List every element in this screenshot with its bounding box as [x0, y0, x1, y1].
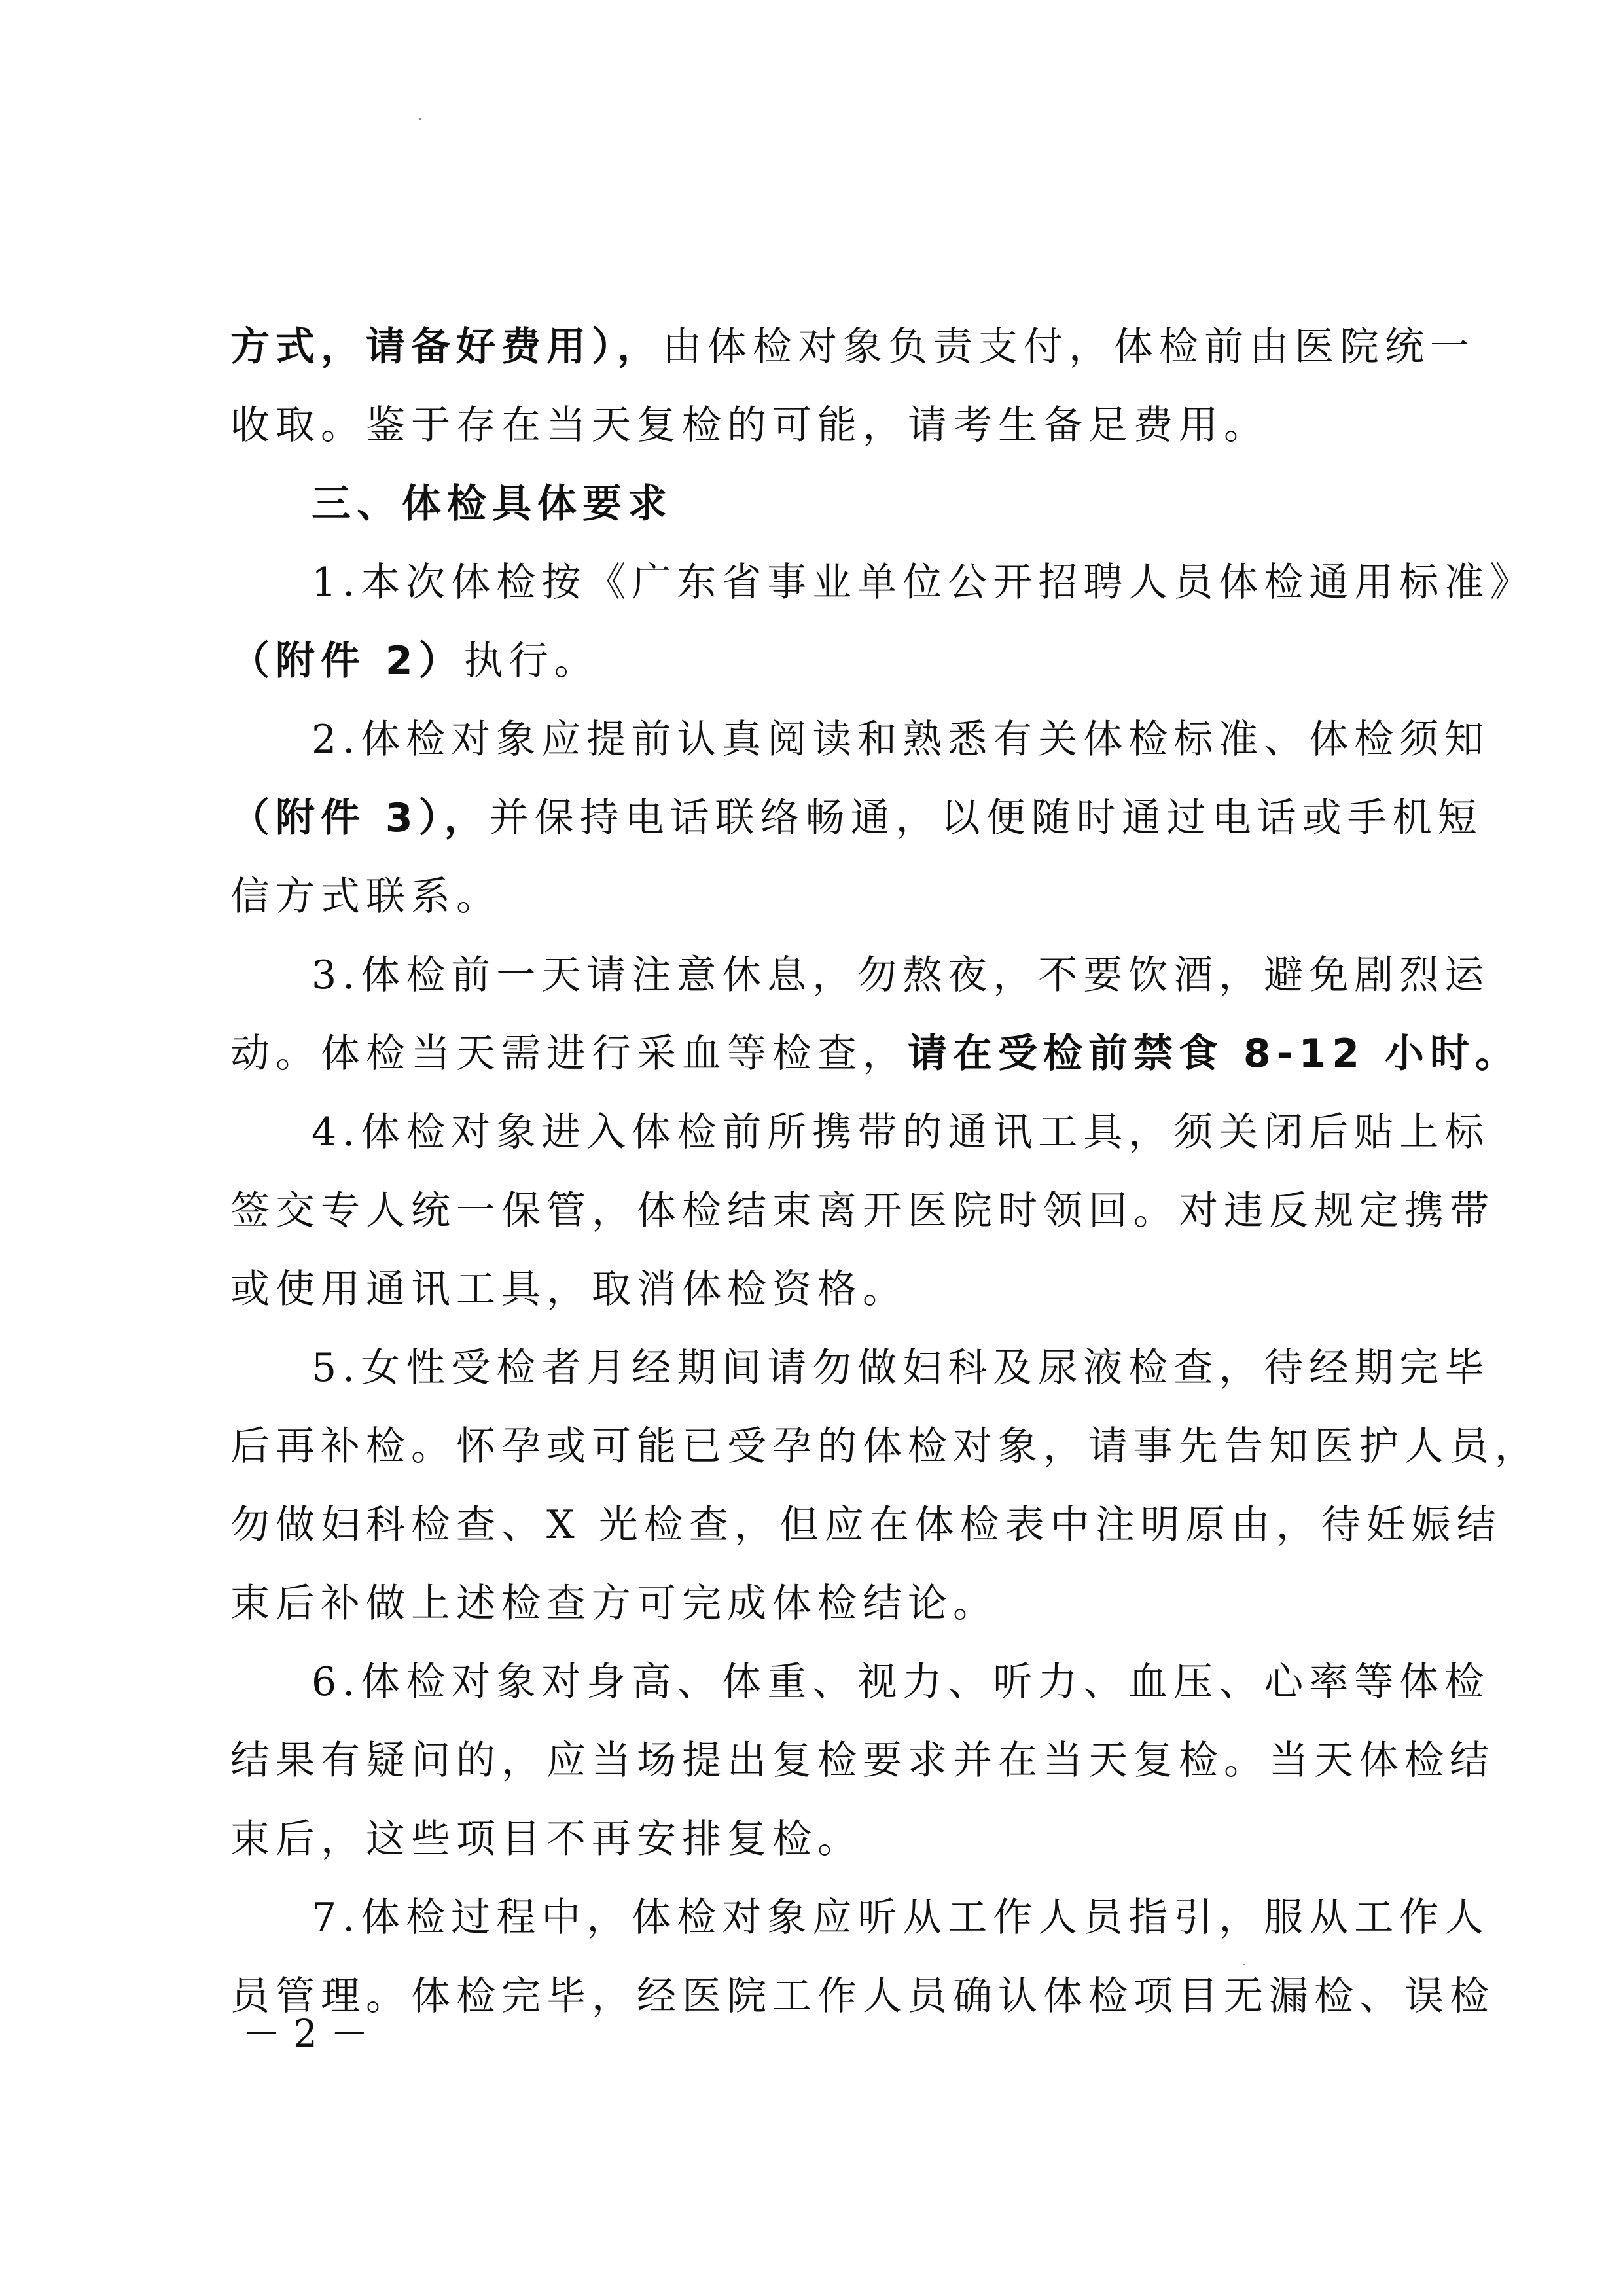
- item-6-line-2: 结果有疑问的，应当场提出复检要求并在当天复检。当天体检结: [230, 1721, 1395, 1800]
- item-2-line-3: 信方式联系。: [230, 857, 1395, 936]
- attachment-ref: （附件 2）: [230, 638, 464, 684]
- body-text: 由体检对象负责支付，体检前由医院统一: [662, 324, 1475, 370]
- item-6-line-1: 6.体检对象对身高、体重、视力、听力、血压、心率等体检: [230, 1643, 1395, 1721]
- body-text: 执行。: [464, 638, 599, 684]
- paragraph-line: 收取。鉴于存在当天复检的可能，请考生备足费用。: [230, 386, 1395, 465]
- item-2-line-2: （附件 3），并保持电话联络畅通，以便随时通过电话或手机短: [230, 779, 1395, 857]
- item-5-line-4: 束后补做上述检查方可完成体检结论。: [230, 1564, 1395, 1643]
- item-6-line-3: 束后，这些项目不再安排复检。: [230, 1800, 1395, 1878]
- page-number: －2－: [242, 2003, 382, 2058]
- document-page: 方式，请备好费用），由体检对象负责支付，体检前由医院统一 收取。鉴于存在当天复检…: [0, 0, 1623, 2296]
- item-7-line-1: 7.体检过程中，体检对象应听从工作人员指引，服从工作人: [230, 1878, 1395, 1957]
- scan-speck: [1420, 1368, 1422, 1370]
- body-text: 动。体检当天需进行采血等检查，: [230, 1031, 908, 1077]
- item-5-line-1: 5.女性受检者月经期间请勿做妇科及尿液检查，待经期完毕: [230, 1329, 1395, 1407]
- fasting-notice: 请在受检前禁食 8-12 小时。: [908, 1031, 1520, 1077]
- attachment-ref: （附件 3），: [230, 795, 490, 841]
- paragraph-line: 方式，请备好费用），由体检对象负责支付，体检前由医院统一: [230, 308, 1395, 386]
- item-1-line-2: （附件 2）执行。: [230, 622, 1395, 700]
- item-3-line-2: 动。体检当天需进行采血等检查，请在受检前禁食 8-12 小时。: [230, 1014, 1395, 1093]
- item-5-line-3: 勿做妇科检查、X 光检查，但应在体检表中注明原由，待妊娠结: [230, 1486, 1395, 1564]
- scan-speck: [1243, 1964, 1245, 1965]
- item-7-line-2: 员管理。体检完毕，经医院工作人员确认体检项目无漏检、误检: [230, 1957, 1395, 2036]
- item-5-line-2: 后再补检。怀孕或可能已受孕的体检对象，请事先告知医护人员，: [230, 1407, 1395, 1486]
- section-heading: 三、体检具体要求: [230, 465, 1395, 543]
- item-1-line-1: 1.本次体检按《广东省事业单位公开招聘人员体检通用标准》: [230, 543, 1395, 622]
- item-2-line-1: 2.体检对象应提前认真阅读和熟悉有关体检标准、体检须知: [230, 700, 1395, 779]
- document-body: 方式，请备好费用），由体检对象负责支付，体检前由医院统一 收取。鉴于存在当天复检…: [230, 308, 1395, 2036]
- bold-text: 方式，请备好费用），: [230, 324, 662, 370]
- item-3-line-1: 3.体检前一天请注意休息，勿熬夜，不要饮酒，避免剧烈运: [230, 936, 1395, 1014]
- item-4-line-2: 签交专人统一保管，体检结束离开医院时领回。对违反规定携带: [230, 1172, 1395, 1250]
- item-4-line-3: 或使用通讯工具，取消体检资格。: [230, 1250, 1395, 1329]
- body-text: 并保持电话联络畅通，以便随时通过电话或手机短: [490, 795, 1483, 841]
- body-text: 收取。鉴于存在当天复检的可能，请考生备足费用。: [230, 403, 1269, 448]
- item-4-line-1: 4.体检对象进入体检前所携带的通讯工具，须关闭后贴上标: [230, 1093, 1395, 1172]
- scan-speck: [419, 118, 421, 120]
